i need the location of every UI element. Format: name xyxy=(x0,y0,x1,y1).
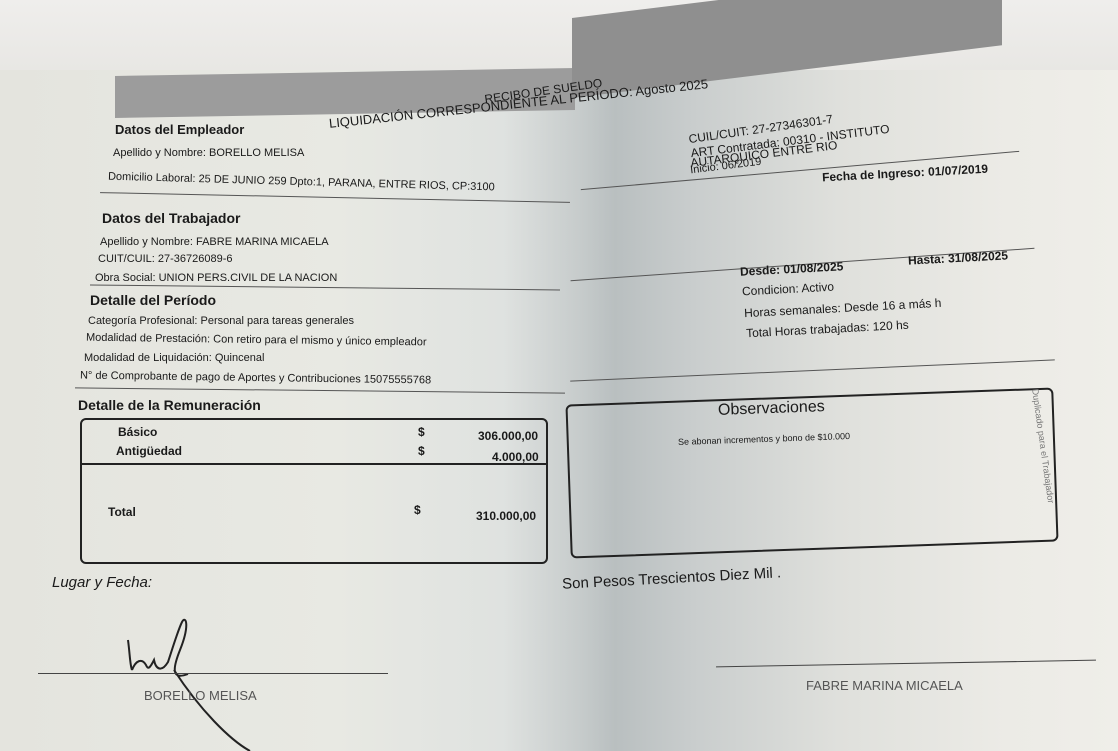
divider xyxy=(90,285,560,291)
worker-name: Apellido y Nombre: FABRE MARINA MICAELA xyxy=(100,236,329,248)
row-basico-amount: 306.000,00 xyxy=(478,429,538,443)
worker-cuit: CUIT/CUIL: 27-36726089-6 xyxy=(98,253,233,265)
period-liquidacion: Modalidad de Liquidación: Quincenal xyxy=(84,352,264,364)
amount-in-words: Son Pesos Trescientos Diez Mil . xyxy=(562,564,782,592)
row-basico-concept: Básico xyxy=(118,425,157,439)
employer-heading: Datos del Empleador xyxy=(115,122,244,137)
condicion: Condicion: Activo xyxy=(742,280,835,299)
divider xyxy=(570,359,1055,381)
remuneration-heading: Detalle de la Remuneración xyxy=(78,397,261,413)
payslip-photo: RECIBO DE SUELDO LIQUIDACIÓN CORRESPONDI… xyxy=(0,0,1118,751)
employer-address: Domicilio Laboral: 25 DE JUNIO 259 Dpto:… xyxy=(108,171,495,194)
divider xyxy=(100,192,570,203)
period-categoria: Categoría Profesional: Personal para tar… xyxy=(88,315,354,327)
worker-signature-line xyxy=(716,660,1096,668)
row-basico-currency: $ xyxy=(418,425,425,439)
row-total-currency: $ xyxy=(414,503,421,517)
row-total-amount: 310.000,00 xyxy=(476,509,536,523)
row-antiguedad-concept: Antigüedad xyxy=(116,444,182,458)
period-hasta: Hasta: 31/08/2025 xyxy=(908,248,1009,267)
observations-heading: Observaciones xyxy=(718,398,825,420)
employer-signature-line xyxy=(38,673,388,674)
total-horas: Total Horas trabajadas: 120 hs xyxy=(746,318,909,340)
lugar-fecha-label: Lugar y Fecha: xyxy=(52,574,152,591)
worker-heading: Datos del Trabajador xyxy=(102,210,240,226)
horas-semanales: Horas semanales: Desde 16 a más h xyxy=(744,296,942,320)
period-comprobante: N° de Comprobante de pago de Aportes y C… xyxy=(80,370,431,387)
divider xyxy=(75,387,565,393)
divider xyxy=(82,463,546,465)
employer-signature-name: BORELLO MELISA xyxy=(144,688,257,703)
worker-signature-name: FABRE MARINA MICAELA xyxy=(806,678,963,693)
row-antiguedad-currency: $ xyxy=(418,444,425,458)
period-desde: Desde: 01/08/2025 xyxy=(740,259,844,278)
employer-name: Apellido y Nombre: BORELLO MELISA xyxy=(113,147,304,159)
period-prestacion: Modalidad de Prestación: Con retiro para… xyxy=(86,332,427,349)
row-antiguedad-amount: 4.000,00 xyxy=(492,450,539,464)
worker-obra-social: Obra Social: UNION PERS.CIVIL DE LA NACI… xyxy=(95,272,337,284)
employer-signature xyxy=(110,610,260,751)
row-total-concept: Total xyxy=(108,505,136,519)
period-heading: Detalle del Período xyxy=(90,292,216,308)
